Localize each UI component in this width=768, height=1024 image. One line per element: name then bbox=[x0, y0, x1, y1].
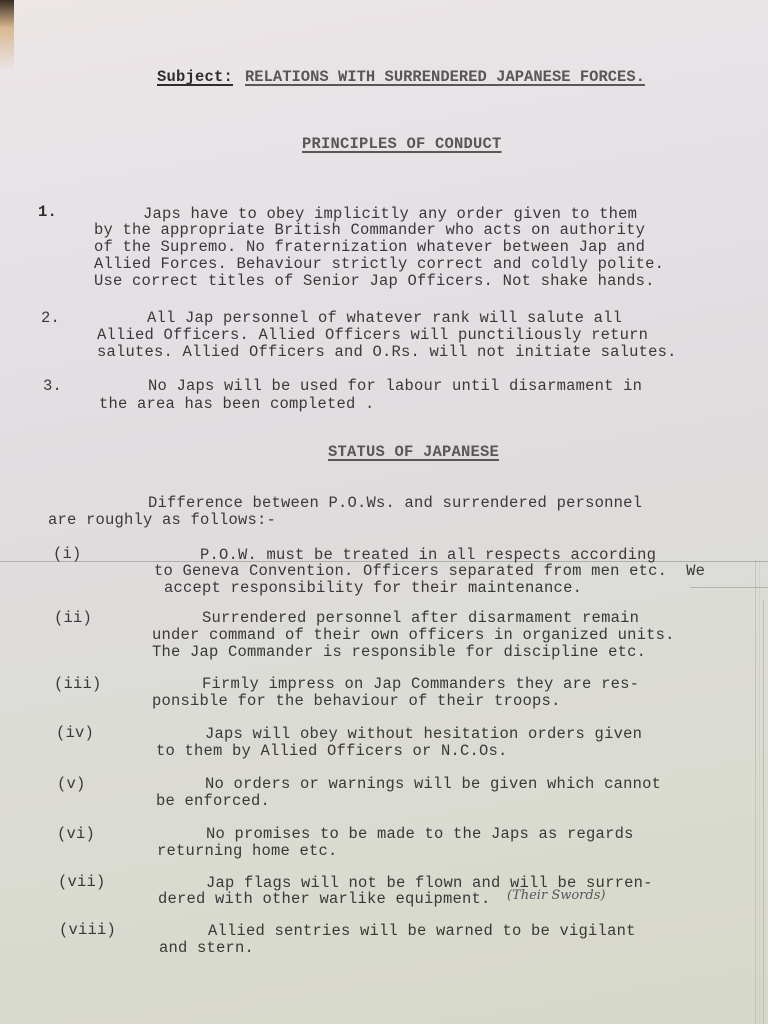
item-line: Allied Officers. Allied Officers will pu… bbox=[97, 327, 648, 345]
item-line: ponsible for the behaviour of their troo… bbox=[152, 693, 561, 711]
item-number: (iv) bbox=[56, 725, 94, 743]
item-line: and stern. bbox=[159, 940, 254, 958]
item-line: The Jap Commander is responsible for dis… bbox=[152, 644, 646, 662]
intro-line: are roughly as follows:- bbox=[48, 512, 276, 530]
item-line: be enforced. bbox=[156, 793, 270, 811]
paper-crease bbox=[690, 587, 768, 588]
item-number: (v) bbox=[57, 776, 86, 794]
item-number: 2. bbox=[41, 310, 60, 328]
background-edge bbox=[0, 0, 14, 70]
item-line: No Japs will be used for labour until di… bbox=[148, 378, 642, 396]
item-number: (vi) bbox=[57, 826, 95, 844]
item-line: returning home etc. bbox=[157, 843, 338, 861]
item-line: Japs will obey without hesitation orders… bbox=[205, 726, 642, 744]
item-line: under command of their own officers in o… bbox=[152, 627, 675, 645]
item-number: (viii) bbox=[59, 922, 116, 940]
item-line: Allied sentries will be warned to be vig… bbox=[208, 923, 636, 941]
section-heading-status: STATUS OF JAPANESE bbox=[328, 444, 499, 462]
item-number: (ii) bbox=[54, 610, 92, 628]
item-number: (iii) bbox=[54, 676, 102, 694]
item-line: by the appropriate British Commander who… bbox=[94, 222, 645, 240]
item-line: No orders or warnings will be given whic… bbox=[205, 776, 661, 794]
intro-line: Difference between P.O.Ws. and surrender… bbox=[148, 495, 642, 513]
item-line: Surrendered personnel after disarmament … bbox=[202, 610, 639, 628]
item-line: the area has been completed . bbox=[99, 396, 375, 414]
handwritten-annotation: (Their Swords) bbox=[507, 888, 605, 903]
item-number: (vii) bbox=[58, 874, 106, 892]
item-line: to them by Allied Officers or N.C.Os. bbox=[156, 743, 508, 761]
item-line: dered with other warlike equipment. bbox=[158, 891, 491, 909]
item-line: to Geneva Convention. Officers separated… bbox=[154, 563, 705, 581]
item-number: (i) bbox=[53, 546, 82, 564]
item-number: 1. bbox=[38, 204, 57, 222]
underlying-page-edge bbox=[763, 600, 766, 1024]
item-line: of the Supremo. No fraternization whatev… bbox=[94, 239, 645, 257]
item-line: Allied Forces. Behaviour strictly correc… bbox=[94, 256, 664, 274]
section-heading-principles: PRINCIPLES OF CONDUCT bbox=[302, 136, 502, 154]
item-line: accept responsibility for their maintena… bbox=[164, 580, 582, 598]
item-line: Use correct titles of Senior Jap Officer… bbox=[94, 273, 655, 291]
item-number: 3. bbox=[43, 378, 62, 396]
subject-label: Subject: bbox=[157, 69, 233, 87]
item-line: All Jap personnel of whatever rank will … bbox=[147, 310, 622, 328]
item-line: salutes. Allied Officers and O.Rs. will … bbox=[97, 344, 677, 362]
underlying-page-edge bbox=[755, 560, 760, 1024]
item-line: No promises to be made to the Japs as re… bbox=[206, 826, 634, 844]
subject-title: RELATIONS WITH SURRENDERED JAPANESE FORC… bbox=[245, 69, 645, 87]
item-line: Firmly impress on Jap Commanders they ar… bbox=[202, 676, 639, 694]
